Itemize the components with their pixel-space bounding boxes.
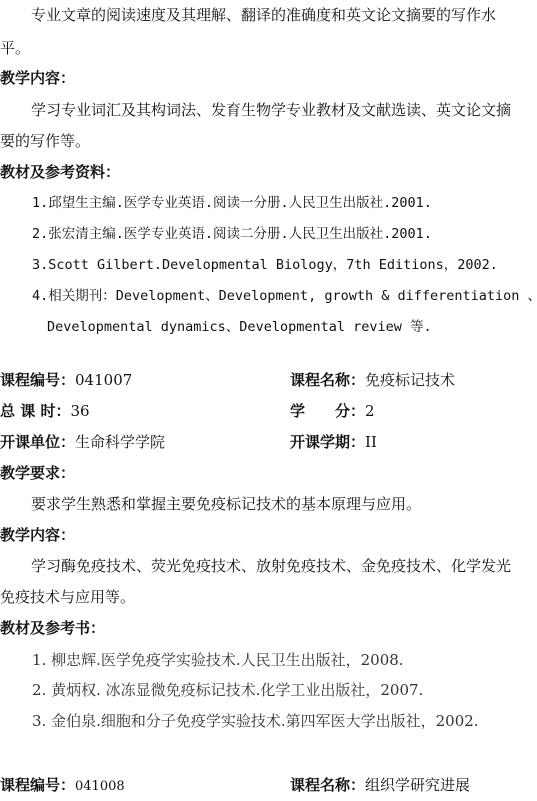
teaching-content-heading: 教学内容： xyxy=(0,68,75,88)
intro-paragraph-line1: 专业文章的阅读速度及其理解、翻译的准确度和英文论文摘要的写作水 xyxy=(31,5,496,25)
reference-item: 2. 黄炳权. 冰冻显微免疫标记技术.化学工业出版社，2007. xyxy=(32,680,423,700)
textbooks-heading: 教材及参考书： xyxy=(0,618,105,638)
course-name-value: 组织学研究进展 xyxy=(365,776,470,794)
teaching-content-line2: 要的写作等。 xyxy=(0,131,90,151)
offering-unit-field: 开课单位：生命科学学院 xyxy=(0,432,165,452)
teaching-content-line1: 学习专业词汇及其构词法、发育生物学专业教材及文献选读、英文论文摘 xyxy=(31,100,511,120)
credits-label: 学 分： xyxy=(290,402,365,420)
course-name-field: 课程名称：免疫标记技术 xyxy=(290,370,455,390)
course-code-label: 课程编号： xyxy=(0,371,75,389)
reference-item: 3. 金伯泉.细胞和分子免疫学实验技术.第四军医大学出版社，2002. xyxy=(32,711,479,731)
course-code-value: 041008 xyxy=(75,779,125,794)
reference-item-continued: Developmental dynamics、Developmental rev… xyxy=(47,317,432,337)
teaching-content-line1: 学习酶免疫技术、荧光免疫技术、放射免疫技术、金免疫技术、化学发光 xyxy=(31,556,511,576)
offering-unit-label: 开课单位： xyxy=(0,433,75,451)
course-code-value: 041007 xyxy=(75,371,132,389)
course-code-field: 课程编号：041007 xyxy=(0,370,132,390)
reference-item: 4.相关期刊：Development、Development, growth &… xyxy=(32,286,537,306)
reference-item: 2.张宏清主编.医学专业英语.阅读二分册.人民卫生出版社.2001. xyxy=(32,224,432,244)
course-name-field: 课程名称：组织学研究进展 xyxy=(290,775,470,795)
credits-field: 学 分：2 xyxy=(290,401,375,421)
references-heading: 教材及参考资料： xyxy=(0,162,120,182)
teaching-requirements-text: 要求学生熟悉和掌握主要免疫标记技术的基本原理与应用。 xyxy=(31,494,421,514)
offering-unit-value: 生命科学学院 xyxy=(75,433,165,451)
intro-paragraph-line2: 平。 xyxy=(0,38,30,58)
course-code-field: 课程编号：041008 xyxy=(0,775,125,797)
course-name-label: 课程名称： xyxy=(290,776,365,794)
teaching-content-line2: 免疫技术与应用等。 xyxy=(0,587,135,607)
reference-item: 1.邱望生主编.医学专业英语.阅读一分册.人民卫生出版社.2001. xyxy=(32,193,432,213)
total-hours-field: 总 课 时：36 xyxy=(0,401,90,421)
total-hours-value: 36 xyxy=(70,402,89,420)
reference-item: 1. 柳忠辉.医学免疫学实验技术.人民卫生出版社，2008. xyxy=(32,650,404,670)
credits-value: 2 xyxy=(365,402,375,420)
teaching-requirements-heading: 教学要求： xyxy=(0,463,75,483)
course-name-value: 免疫标记技术 xyxy=(365,371,455,389)
reference-item: 3.Scott Gilbert.Developmental Biology，7t… xyxy=(32,255,498,275)
course-name-label: 课程名称： xyxy=(290,371,365,389)
semester-value: II xyxy=(365,433,377,451)
course-code-label: 课程编号： xyxy=(0,776,75,794)
semester-label: 开课学期： xyxy=(290,433,365,451)
semester-field: 开课学期：II xyxy=(290,432,377,452)
total-hours-label: 总 课 时： xyxy=(0,402,70,420)
teaching-content-heading: 教学内容： xyxy=(0,525,75,545)
